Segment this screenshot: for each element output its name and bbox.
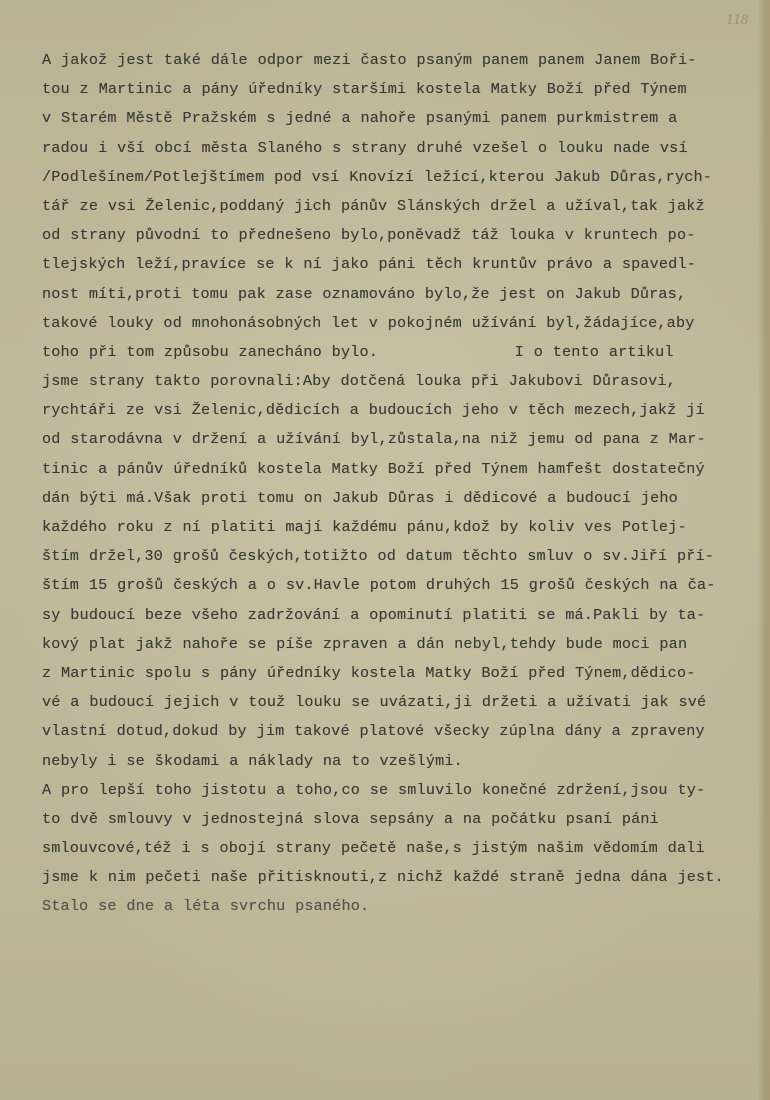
text-line: tou z Martinic a pány úředníky staršími …	[42, 75, 770, 104]
text-line: štím držel,30 grošů českých,totižto od d…	[42, 542, 770, 571]
document-page: 118 A jakož jest také dále odpor mezi ča…	[0, 0, 770, 1100]
text-line: tlejských leží,pravíce se k ní jako páni…	[42, 250, 770, 279]
text-line: A jakož jest také dále odpor mezi často …	[42, 46, 770, 75]
text-line: jsme k nim pečeti naše přitisknouti,z ni…	[42, 863, 770, 892]
text-line: Stalo se dne a léta svrchu psaného.	[42, 892, 770, 921]
text-line: v Starém Městě Pražském s jedné a nahoře…	[42, 104, 770, 133]
text-line: vlastní dotud,dokud by jim takové platov…	[42, 717, 770, 746]
text-line: A pro lepší toho jistotu a toho,co se sm…	[42, 776, 770, 805]
text-line: kový plat jakž nahoře se píše zpraven a …	[42, 630, 770, 659]
text-line: vé a budoucí jejich v touž louku se uváz…	[42, 688, 770, 717]
text-line: tář ze vsi Želenic,poddaný jich pánův Sl…	[42, 192, 770, 221]
typewritten-text: A jakož jest také dále odpor mezi často …	[42, 46, 770, 922]
text-line: nebyly i se škodami a náklady na to vzeš…	[42, 747, 770, 776]
text-line: smlouvcové,též i s obojí strany pečetě n…	[42, 834, 770, 863]
text-line: od strany původní to přednešeno bylo,pon…	[42, 221, 770, 250]
text-line: z Martinic spolu s pány úředníky kostela…	[42, 659, 770, 688]
text-line: toho při tom způsobu zanecháno bylo. I o…	[42, 338, 770, 367]
text-line: takové louky od mnohonásobných let v pok…	[42, 309, 770, 338]
text-line: dán býti má.Však proti tomu on Jakub Důr…	[42, 484, 770, 513]
text-line: nost míti,proti tomu pak zase oznamováno…	[42, 280, 770, 309]
text-line: rychtáři ze vsi Želenic,dědicích a budou…	[42, 396, 770, 425]
text-line: /Podlešínem/Potlejštímem pod vsí Knovízí…	[42, 163, 770, 192]
text-line: sy budoucí beze všeho zadržování a opomi…	[42, 601, 770, 630]
text-line: jsme strany takto porovnali:Aby dotčená …	[42, 367, 770, 396]
text-line: to dvě smlouvy v jednostejná slova sepsá…	[42, 805, 770, 834]
text-line: tinic a pánův úředníků kostela Matky Bož…	[42, 455, 770, 484]
text-line: radou i vší obcí města Slaného s strany …	[42, 134, 770, 163]
text-line: každého roku z ní platiti mají každému p…	[42, 513, 770, 542]
text-line: štím 15 grošů českých a o sv.Havle potom…	[42, 571, 770, 600]
text-line: od starodávna v držení a užívání byl,zůs…	[42, 425, 770, 454]
page-number: 118	[726, 13, 748, 28]
